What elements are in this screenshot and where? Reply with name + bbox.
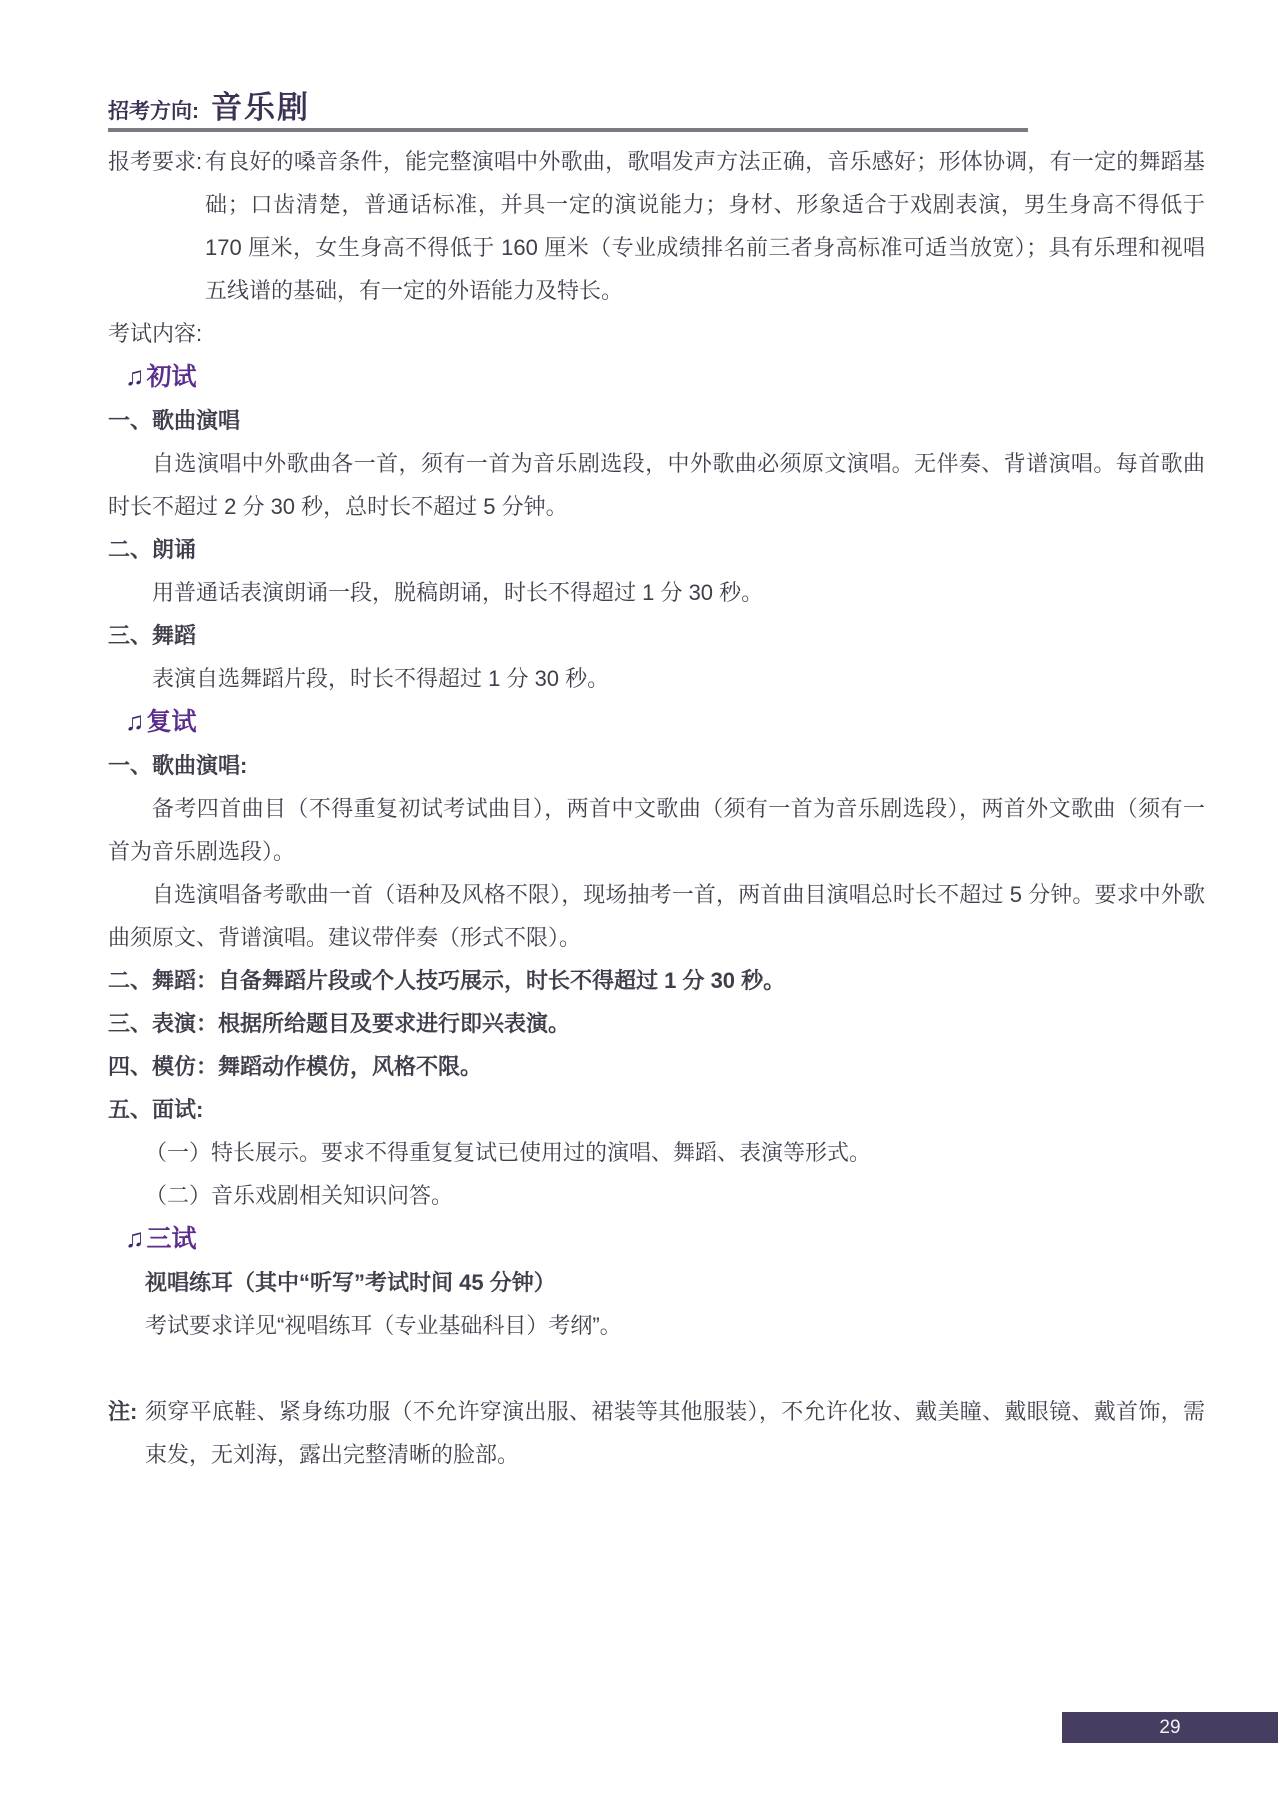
exam-item: 二、舞蹈：自备舞蹈片段或个人技巧展示，时长不得超过 1 分 30 秒。: [108, 959, 1205, 1002]
direction-label: 招考方向:: [108, 101, 199, 122]
stage-third-round: ♫三试 视唱练耳（其中“听写”考试时间 45 分钟） 考试要求详见“视唱练耳（专…: [108, 1217, 1205, 1347]
exam-item-paragraph: 用普通话表演朗诵一段，脱稿朗诵，时长不得超过 1 分 30 秒。: [108, 571, 1205, 614]
exam-item: 五、面试: （一）特长展示。要求不得重复复试已使用过的演唱、舞蹈、表演等形式。 …: [108, 1088, 1205, 1217]
exam-item: 一、歌曲演唱 自选演唱中外歌曲各一首，须有一首为音乐剧选段，中外歌曲必须原文演唱…: [108, 399, 1205, 528]
exam-item-paragraph: 备考四首曲目（不得重复初试考试曲目），两首中文歌曲（须有一首为音乐剧选段），两首…: [108, 787, 1205, 873]
exam-item: 三、表演：根据所给题目及要求进行即兴表演。: [108, 1002, 1205, 1045]
stage-second-round-heading: ♫复试: [108, 700, 1205, 744]
third-round-subject-line: 视唱练耳（其中“听写”考试时间 45 分钟）: [108, 1261, 1205, 1304]
stage-third-round-title: 三试: [147, 1225, 197, 1253]
exam-item-heading: 三、表演：根据所给题目及要求进行即兴表演。: [108, 1002, 1205, 1045]
page-content: 招考方向: 音乐剧 报考要求: 有良好的嗓音条件，能完整演唱中外歌曲，歌唱发声方…: [0, 0, 1280, 1476]
exam-item: 四、模仿：舞蹈动作模仿，风格不限。: [108, 1045, 1205, 1088]
exam-item-heading: 四、模仿：舞蹈动作模仿，风格不限。: [108, 1045, 1205, 1088]
exam-item-paragraph: 表演自选舞蹈片段，时长不得超过 1 分 30 秒。: [108, 657, 1205, 700]
music-note-icon: ♫: [125, 706, 145, 736]
exam-item: 一、歌曲演唱: 备考四首曲目（不得重复初试考试曲目），两首中文歌曲（须有一首为音…: [108, 744, 1205, 959]
note-text: 须穿平底鞋、紧身练功服（不允许穿演出服、裙装等其他服装），不允许化妆、戴美瞳、戴…: [145, 1390, 1205, 1476]
exam-item: 三、舞蹈 表演自选舞蹈片段，时长不得超过 1 分 30 秒。: [108, 614, 1205, 700]
exam-item-heading: 五、面试:: [108, 1088, 1205, 1131]
stage-first-round: ♫初试 一、歌曲演唱 自选演唱中外歌曲各一首，须有一首为音乐剧选段，中外歌曲必须…: [108, 355, 1205, 700]
page-title: 音乐剧: [211, 92, 310, 123]
music-note-icon: ♫: [125, 1223, 145, 1253]
page-number-badge: 29: [1062, 1712, 1278, 1743]
stage-first-round-heading: ♫初试: [108, 355, 1205, 399]
note-label: 注:: [108, 1390, 145, 1476]
exam-item-heading: 一、歌曲演唱: [108, 399, 1205, 442]
stage-second-round-title: 复试: [147, 708, 197, 736]
page-header: 招考方向: 音乐剧: [108, 92, 1028, 132]
exam-item-heading: 二、朗诵: [108, 528, 1205, 571]
exam-sub-item: （二）音乐戏剧相关知识问答。: [108, 1174, 1205, 1217]
exam-item-paragraph: 自选演唱中外歌曲各一首，须有一首为音乐剧选段，中外歌曲必须原文演唱。无伴奏、背谱…: [108, 442, 1205, 528]
exam-item-paragraph: 自选演唱备考歌曲一首（语种及风格不限），现场抽考一首，两首曲目演唱总时长不超过 …: [108, 873, 1205, 959]
note-block: 注: 须穿平底鞋、紧身练功服（不允许穿演出服、裙装等其他服装），不允许化妆、戴美…: [108, 1390, 1205, 1476]
requirements-block: 报考要求: 有良好的嗓音条件，能完整演唱中外歌曲，歌唱发声方法正确，音乐感好；形…: [108, 140, 1205, 312]
requirements-label: 报考要求:: [108, 140, 205, 312]
exam-item-heading: 一、歌曲演唱:: [108, 744, 1205, 787]
exam-sub-item: （一）特长展示。要求不得重复复试已使用过的演唱、舞蹈、表演等形式。: [108, 1131, 1205, 1174]
third-round-detail-line: 考试要求详见“视唱练耳（专业基础科目）考纲”。: [108, 1304, 1205, 1347]
requirements-text: 有良好的嗓音条件，能完整演唱中外歌曲，歌唱发声方法正确，音乐感好；形体协调，有一…: [205, 140, 1205, 312]
music-note-icon: ♫: [125, 361, 145, 391]
document-page: 招考方向: 音乐剧 报考要求: 有良好的嗓音条件，能完整演唱中外歌曲，歌唱发声方…: [0, 0, 1280, 1810]
exam-content-label: 考试内容:: [108, 312, 1205, 355]
stage-first-round-title: 初试: [147, 363, 197, 391]
exam-item-heading: 三、舞蹈: [108, 614, 1205, 657]
stage-second-round: ♫复试 一、歌曲演唱: 备考四首曲目（不得重复初试考试曲目），两首中文歌曲（须有…: [108, 700, 1205, 1217]
exam-item: 二、朗诵 用普通话表演朗诵一段，脱稿朗诵，时长不得超过 1 分 30 秒。: [108, 528, 1205, 614]
stage-third-round-heading: ♫三试: [108, 1217, 1205, 1261]
exam-item-heading: 二、舞蹈：自备舞蹈片段或个人技巧展示，时长不得超过 1 分 30 秒。: [108, 959, 1205, 1002]
